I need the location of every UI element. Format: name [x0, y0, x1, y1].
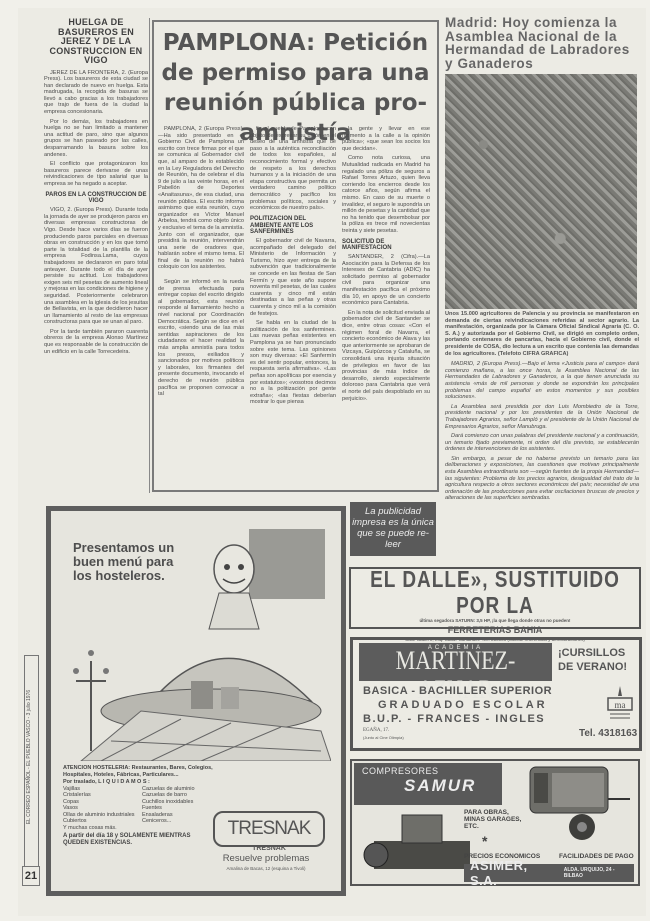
subheading: SOLICITUD DE MANIFESTACION [342, 239, 430, 253]
star-icon: * [482, 833, 487, 849]
pamplona-col-2: fin al pueblo de Pamplona con objeto de … [250, 126, 336, 409]
svg-text:ma: ma [615, 700, 626, 710]
paragraph: VIGO, 2. (Europa Press). Durante toda la… [44, 207, 148, 326]
trailer-compressor-illustration [522, 763, 632, 843]
academia-address-note: (Junto al Cine Olimpia) [363, 735, 404, 740]
samur-address: ALDA. URQUIJO, 24 - BILBAO [564, 867, 634, 879]
samur-company: ASIMER, S.A. [470, 858, 558, 888]
paragraph: Dará comienzo con unas palabras del pres… [445, 433, 639, 453]
paragraph: Se habla en la ciudad de la politización… [250, 320, 336, 406]
subheading: POLITIZACION DEL AMBIENTE ANTE LOS SANFE… [250, 216, 336, 236]
items-left: Vajillas Cristalerías Copas Vasos Ollas … [63, 786, 138, 825]
headline-madrid: Madrid: Hoy comienza la Asamblea Naciona… [445, 16, 639, 70]
item: Ceniceros... [142, 818, 212, 825]
paragraph: Según se informó en la rueda de prensa e… [158, 279, 244, 398]
ad-intro: ATENCION HOSTELERIA: Restaurantes, Bares… [63, 765, 213, 778]
academia-phone: Tel. 4318163 [579, 728, 637, 739]
academia-promo: ¡CURSILLOS DE VERANO! [558, 646, 636, 674]
academia-address: EGAÑA, 17. [363, 728, 389, 733]
ad-academia-martinez-aznar: ACADEMIA MARTINEZ-AZNAR ¡CURSILLOS DE VE… [350, 637, 642, 751]
tank-compressor-illustration [362, 811, 472, 873]
tresnak-brand: TRESNAK [213, 845, 325, 852]
photo-farmers-protest [445, 74, 637, 309]
pamplona-col-1: PAMPLONA, 2 (Europa Press).—Ha sido pres… [158, 126, 244, 401]
article-pamplona: PAMPLONA: Petición de permiso para una r… [152, 20, 439, 492]
headline-huelga: HUELGA DE BASUREROS EN JEREZ Y DE LA CON… [44, 18, 148, 66]
tresnak-logo: TRESNAK [213, 811, 325, 847]
samur-footer: ASIMER, S.A. ALDA. URQUIJO, 24 - BILBAO [464, 864, 634, 882]
page-sidebar: EL CORREO ESPAÑOL - EL PUEBLO VASCO - 3 … [24, 655, 39, 867]
paragraph: la gente y llevar en ese momento a la ca… [342, 126, 430, 152]
paragraph: Por la tarde también pararon cuarenta ob… [44, 329, 148, 355]
chef-illustration [199, 529, 329, 639]
subheading: PAROS EN LA CONSTRUCCION DE VIGO [44, 192, 148, 206]
item: Cubiertos [63, 818, 138, 825]
samur-uses: PARA OBRAS, MINAS GARAGES, ETC. [464, 809, 524, 830]
paragraph: El gobernador civil de Navarra, acompaña… [250, 238, 336, 317]
sidebar-vertical-text: EL CORREO ESPAÑOL - EL PUEBLO VASCO - 3 … [26, 657, 32, 857]
ad-el-dalle: EL DALLE», SUSTITUIDO POR LA última sega… [349, 567, 641, 629]
paragraph: Por lo demás, los trabajadores en huelga… [44, 119, 148, 159]
ad-more: Y muchas cosas más. [63, 825, 213, 832]
paragraph: Sin embargo, a pesar de no haberse previ… [445, 456, 639, 502]
ad-compresores-samur: COMPRESORES SAMUR PARA OBRAS, MINAS GARA… [350, 759, 640, 886]
paragraph: Como nota curiosa, una Mutualidad radica… [342, 155, 430, 234]
ad-cta: A partir del día 18 y SOLAMENTE MIENTRAS… [63, 833, 213, 846]
dalle-headline: EL DALLE», SUSTITUIDO POR LA [351, 568, 639, 621]
article-body: JEREZ DE LA FRONTERA, 2. (Europa Press).… [44, 70, 148, 356]
academia-line-2: GRADUADO ESCOLAR [378, 699, 598, 711]
paragraph: fin al pueblo de Pamplona con objeto de … [250, 126, 336, 212]
ad-headline: Presentamos un buen menú para los hostel… [73, 541, 193, 583]
paragraph: PAMPLONA, 2 (Europa Press).—Ha sido pres… [158, 126, 244, 271]
madrid-body: MADRID, 2 (Europa Press).—Bajo el lema «… [445, 361, 639, 502]
tresnak-tagline: Resuelve problemas [201, 853, 331, 864]
pamplona-col-3: la gente y llevar en ese momento a la ca… [342, 126, 430, 405]
samur-brand: SAMUR [404, 776, 502, 796]
paragraph: La Asamblea será presidida por don Luis … [445, 404, 639, 430]
academia-line-3: B.U.P. - FRANCES - INGLES [363, 713, 593, 725]
page-number: 21 [22, 866, 40, 886]
publicidad-box: La publicidad impresa es la única que se… [350, 502, 436, 556]
samur-header: COMPRESORES SAMUR [354, 763, 502, 805]
paragraph: En la nota de solicitud enviada al gober… [342, 310, 430, 402]
article-huelga-basureros: HUELGA DE BASUREROS EN JEREZ Y DE LA CON… [44, 18, 148, 488]
academia-header: ACADEMIA MARTINEZ-AZNAR [359, 643, 552, 681]
dome-tray-illustration [61, 641, 331, 761]
column-rule [149, 18, 150, 493]
photo-caption: Unos 15.000 agricultores de Palencia y s… [445, 311, 639, 357]
paragraph: El conflicto que protagonizaron los basu… [44, 161, 148, 187]
items-right: Cazuelas de aluminio Cazuelas de barro C… [142, 786, 212, 825]
paragraph: JEREZ DE LA FRONTERA, 2. (Europa Press).… [44, 70, 148, 116]
samur-payment: FACILIDADES DE PAGO [559, 853, 634, 860]
ad-tresnak-hosteleros: Presentamos un buen menú para los hostel… [46, 506, 346, 896]
samur-title: COMPRESORES [362, 766, 502, 776]
tresnak-address: Amalina de Bacas, 12 (esquina a Tivoli) [201, 866, 331, 871]
paragraph: SANTANDER, 2 (Cifra).—La Asociación para… [342, 254, 430, 307]
academia-logo-icon: ma [606, 686, 634, 722]
academia-line-1: BASICA - BACHILLER SUPERIOR [363, 685, 593, 697]
dalle-brand: FERRETERIAS BAHIA [351, 625, 639, 635]
paragraph: MADRID, 2 (Europa Press).—Bajo el lema «… [445, 361, 639, 401]
ad-details: ATENCION HOSTELERIA: Restaurantes, Bares… [63, 765, 213, 846]
article-madrid: Madrid: Hoy comienza la Asamblea Naciona… [445, 16, 639, 496]
